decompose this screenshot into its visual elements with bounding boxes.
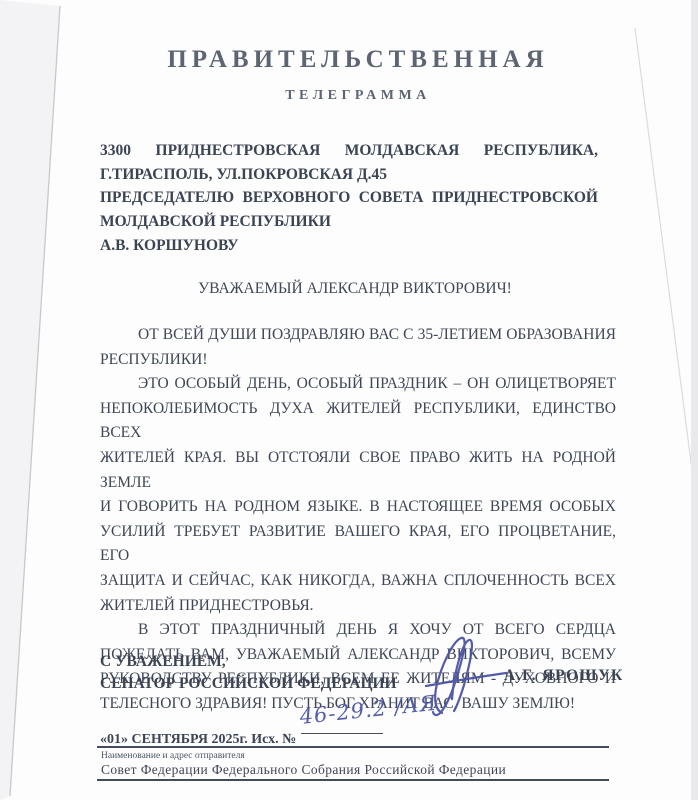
telegram-title: ПРАВИТЕЛЬСТВЕННАЯ: [100, 46, 616, 74]
address-line: ПРЕДСЕДАТЕЛЮ ВЕРХОВНОГО СОВЕТА ПРИДНЕСТР…: [100, 186, 598, 210]
address-line: А.В. КОРШУНОВУ: [100, 234, 598, 258]
address-line: 3300 ПРИДНЕСТРОВСКАЯ МОЛДАВСКАЯ РЕСПУБЛИ…: [100, 139, 598, 163]
closing-block: С УВАЖЕНИЕМ,СЕНАТОР РОССИЙСКОЙ ФЕДЕРАЦИИ: [100, 651, 397, 694]
paragraph-line: НЕПОКОЛЕБИМОСТЬ ДУХА ЖИТЕЛЕЙ РЕСПУБЛИКИ,…: [100, 397, 616, 446]
closing-line: С УВАЖЕНИЕМ,: [100, 651, 397, 673]
paragraph-line: ЭТО ОСОБЫЙ ДЕНЬ, ОСОБЫЙ ПРАЗДНИК – ОН ОЛ…: [100, 372, 616, 397]
paragraph-line: ЖИТЕЛЕЙ КРАЯ. ВЫ ОТСТОЯЛИ СВОЕ ПРАВО ЖИТ…: [100, 446, 616, 495]
telegram-subtitle: ТЕЛЕГРАММА: [100, 88, 616, 104]
paragraph-line: В ЭТОТ ПРАЗДНИЧНЫЙ ДЕНЬ Я ХОЧУ ОТ ВСЕГО …: [100, 618, 616, 643]
footer-label: Наименование и адрес отправителя: [101, 751, 245, 761]
ref-underline: [301, 733, 383, 734]
document-photo: ПРАВИТЕЛЬСТВЕННАЯ ТЕЛЕГРАММА 3300 ПРИДНЕ…: [0, 0, 698, 800]
closing-line: СЕНАТОР РОССИЙСКОЙ ФЕДЕРАЦИИ: [100, 673, 397, 695]
address-line: Г.ТИРАСПОЛЬ, УЛ.ПОКРОВСКАЯ Д.45: [100, 163, 598, 187]
signatory-name: А.Г. ЯРОШУК: [504, 667, 624, 685]
salutation: УВАЖАЕМЫЙ АЛЕКСАНДР ВИКТОРОВИЧ!: [100, 280, 610, 298]
paragraph-line: УСИЛИЙ ТРЕБУЕТ РАЗВИТИЕ ВАШЕГО КРАЯ, ЕГО…: [100, 520, 616, 569]
paragraph-line: ОТ ВСЕЙ ДУШИ ПОЗДРАВЛЯЮ ВАС С 35-ЛЕТИЕМ …: [100, 323, 616, 348]
footer-sender-name: Совет Федерации Федерального Собрания Ро…: [101, 762, 506, 778]
paragraph-line: ЖИТЕЛЕЙ ПРИДНЕСТРОВЬЯ.: [100, 594, 616, 619]
address-block: 3300 ПРИДНЕСТРОВСКАЯ МОЛДАВСКАЯ РЕСПУБЛИ…: [100, 139, 598, 258]
paragraph-line: И ГОВОРИТЬ НА РОДНОМ ЯЗЫКЕ. В НАСТОЯЩЕЕ …: [100, 495, 616, 520]
paragraph-line: ЗАЩИТА И СЕЙЧАС, КАК НИКОГДА, ВАЖНА СПЛО…: [100, 569, 616, 594]
paragraph-line: РЕСПУБЛИКИ!: [100, 348, 616, 373]
footer-top-rule: [97, 746, 609, 748]
footer-bottom-rule: [97, 779, 609, 781]
date-line: «01» СЕНТЯБРЯ 2025г. Исх. № 46-29.2 /АЯ: [100, 717, 481, 748]
address-line: МОЛДАВСКОЙ РЕСПУБЛИКИ: [100, 210, 598, 234]
signature-scribble-icon: [418, 633, 518, 717]
ref-number-area: 46-29.2 /АЯ: [301, 717, 481, 743]
